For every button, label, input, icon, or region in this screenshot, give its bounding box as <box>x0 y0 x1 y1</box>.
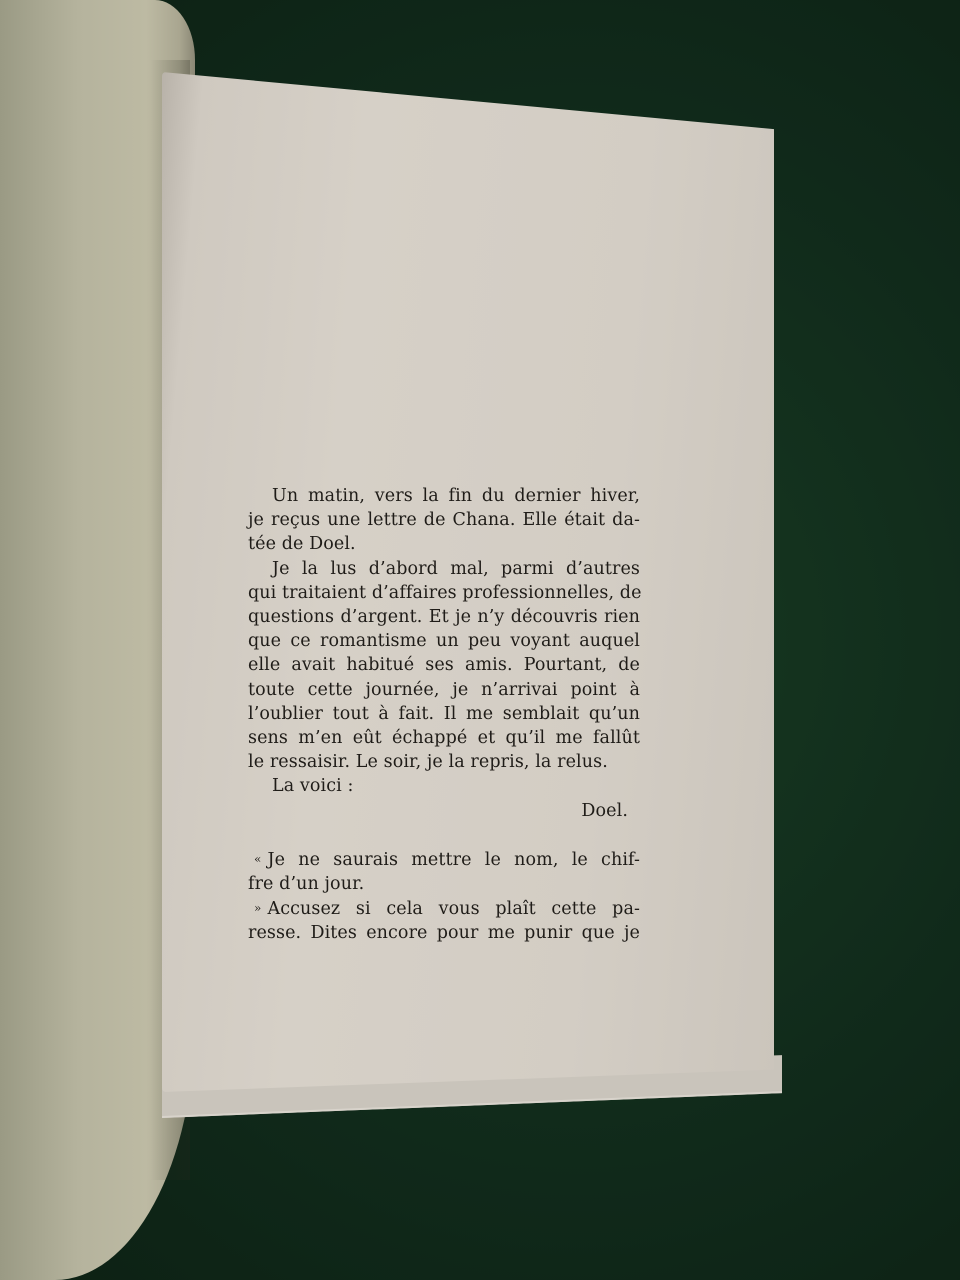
text-line: le ressaisir. Le soir, je la repris, la … <box>248 750 640 774</box>
spacer <box>248 823 640 847</box>
text-line: questions d’argent. Et je n’y découvris … <box>248 605 640 629</box>
text-line: »Accusez si cela vous plaît cette pa- <box>248 896 640 921</box>
text-line: je reçus une lettre de Chana. Elle était… <box>248 508 640 532</box>
letter-paragraph-2: »Accusez si cela vous plaît cette pa- re… <box>248 896 640 945</box>
paragraph-2: Je la lus d’abord mal, parmi d’autres qu… <box>248 557 640 775</box>
paragraph-3: La voici : <box>248 774 640 798</box>
text-line: elle avait habitué ses amis. Pourtant, d… <box>248 653 640 677</box>
letter-place: Doel. <box>248 799 640 823</box>
text-line: fre d’un jour. <box>248 872 640 896</box>
text-line: que ce romantisme un peu voyant auquel <box>248 629 640 653</box>
text-line: qui traitaient d’affaires professionnell… <box>248 581 640 605</box>
text-line-content: Accusez si cela vous plaît cette pa- <box>267 899 640 919</box>
text-line: toute cette journée, je n’arrivai point … <box>248 678 640 702</box>
text-line: «Je ne saurais mettre le nom, le chif- <box>248 847 640 872</box>
text-line: La voici : <box>248 774 640 798</box>
text-line-content: Je ne saurais mettre le nom, le chif- <box>267 850 640 870</box>
page-text: Un matin, vers la fin du dernier hiver, … <box>248 484 640 946</box>
text-line: Je la lus d’abord mal, parmi d’autres <box>248 557 640 581</box>
text-line: l’oublier tout à fait. Il me semblait qu… <box>248 702 640 726</box>
continuation-quote-mark: » <box>254 901 261 915</box>
paragraph-1: Un matin, vers la fin du dernier hiver, … <box>248 484 640 557</box>
text-line: Un matin, vers la fin du dernier hiver, <box>248 484 640 508</box>
text-line: sens m’en eût échappé et qu’il me fallût <box>248 726 640 750</box>
text-line: resse. Dites encore pour me punir que je <box>248 921 640 945</box>
letter-paragraph-1: «Je ne saurais mettre le nom, le chif- f… <box>248 847 640 896</box>
open-quote-mark: « <box>254 852 261 866</box>
text-line: tée de Doel. <box>248 532 640 556</box>
